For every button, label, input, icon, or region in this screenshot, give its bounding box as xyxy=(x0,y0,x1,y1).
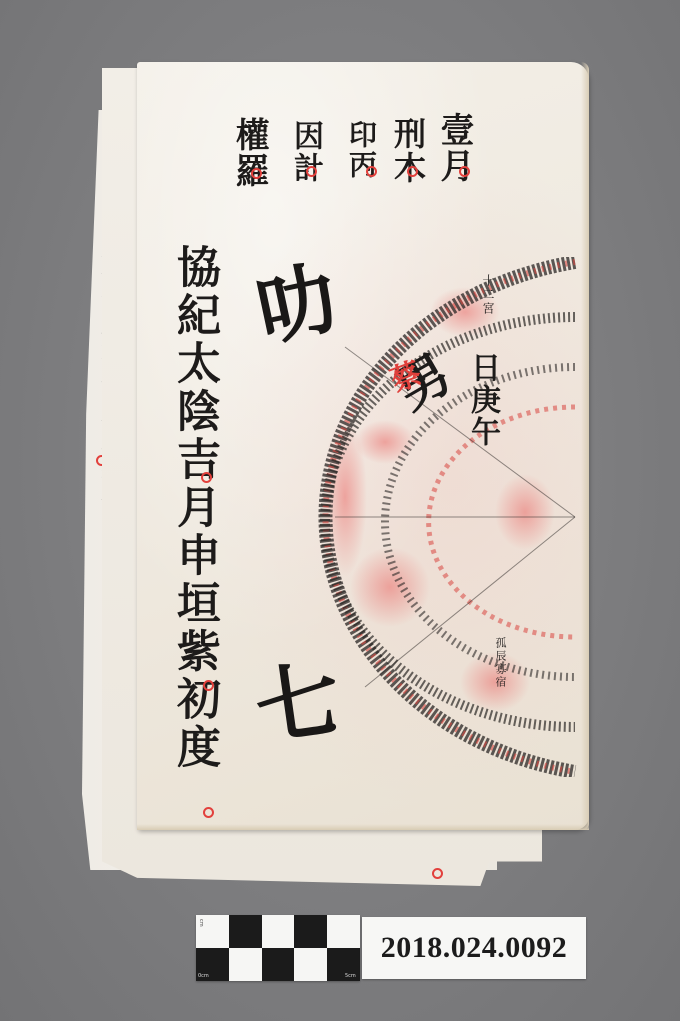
red-circle-mark xyxy=(366,166,377,177)
fan-horoscope-diagram xyxy=(255,257,585,777)
red-circle-mark xyxy=(306,166,317,177)
paper-edge xyxy=(137,824,589,830)
red-circle-mark xyxy=(407,166,418,177)
red-circle-mark xyxy=(251,168,262,179)
fan-small-label: 十二宮 xyxy=(482,274,494,316)
red-circle-mark xyxy=(203,807,214,818)
red-circle-mark xyxy=(203,680,214,691)
scale-unit-label: cm xyxy=(198,919,204,927)
front-paper-sheet: 壹月 刑木 印丙 因計 權羅 協紀太陰吉月申垣紫初度 叻 七 xyxy=(137,62,589,830)
red-circle-mark xyxy=(432,868,443,879)
scale-start-label: 0cm xyxy=(198,973,209,979)
fan-side-text: 日庚午 xyxy=(467,352,497,448)
red-circle-mark xyxy=(459,166,470,177)
fan-small-label: 孤辰寡宿 xyxy=(495,637,506,689)
header-column-5: 權羅 xyxy=(232,117,266,189)
scale-end-label: 5cm xyxy=(345,973,356,979)
red-circle-mark xyxy=(201,472,212,483)
color-scale-bar xyxy=(196,915,360,981)
accession-number-label: 2018.024.0092 xyxy=(362,917,586,979)
main-text-column: 協紀太陰吉月申垣紫初度 xyxy=(172,244,216,772)
